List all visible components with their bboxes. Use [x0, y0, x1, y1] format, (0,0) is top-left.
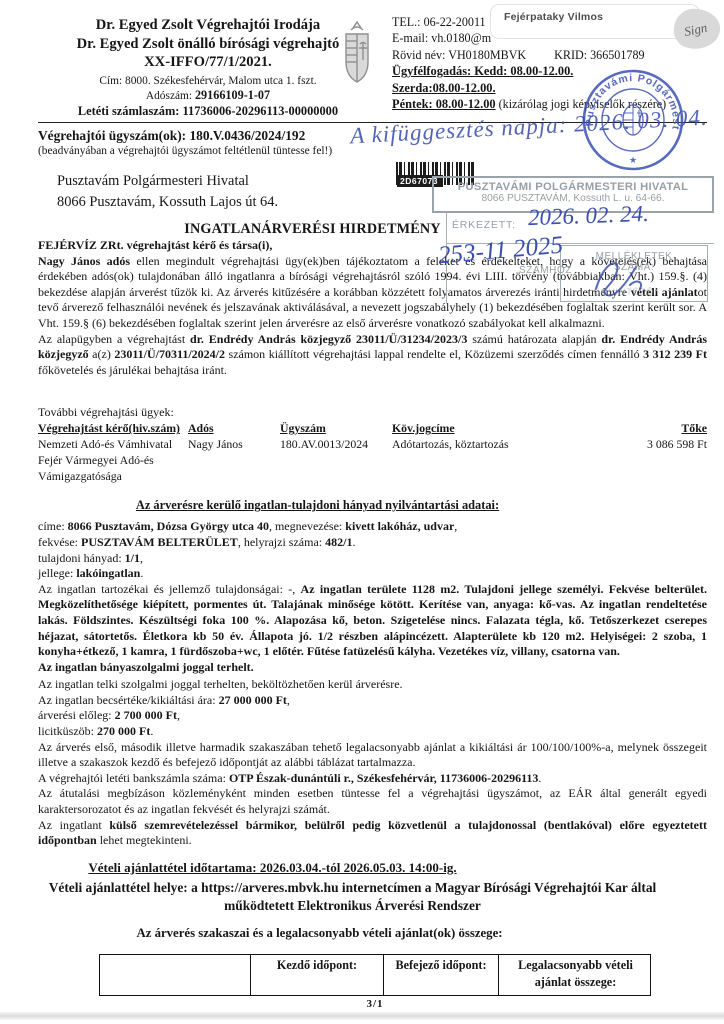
further-cases-intro: További végrehajtási ügyek: [38, 404, 707, 420]
hungarian-coat-of-arms-icon [341, 20, 373, 105]
stages-table: Kezdő időpont: Befejező időpont: Legalac… [99, 954, 651, 996]
tax-label: Adószám: [146, 90, 195, 102]
executor-registry-number: XX-IFFO/77/1/2021. [38, 53, 378, 72]
scan-edge-artifact [0, 1012, 724, 1020]
round-stamp-arc-text: Pusztavámi Polgármesteri Hivatal [581, 68, 682, 131]
auction-stages-section: Az árverés szakaszai és a legalacsonyabb… [0, 918, 724, 1024]
stages-col-start: Kezdő időpont: [250, 955, 383, 995]
minimum-offer-line: Az árverés első, második illetve harmadi… [38, 740, 707, 771]
property-attributes-runs: Az ingatlan tartozékai és jellemző tulaj… [38, 582, 707, 658]
property-data-heading: Az árverésre kerülő ingatlan-tulajdoni h… [38, 496, 707, 514]
tax-value: 29166109-1-07 [195, 88, 270, 102]
property-location-line: fekvése: PUSZTAVÁM BELTERÜLET, helyrajzi… [38, 535, 707, 551]
auction-terms-block: Az ingatlan telki szolgalmi joggal terhe… [38, 677, 707, 817]
stages-col-min-offer: Legalacsonyabb vételi ajánlat összege: [498, 955, 652, 995]
cell-creditor: Nemzeti Adó-és Vámhivatal Fejér Vármegye… [38, 436, 188, 484]
property-attributes-paragraph: Az ingatlan tartozékai és jellemző tulaj… [38, 582, 707, 676]
cell-principal: 3 086 598 Ft [542, 436, 707, 484]
received-stamp-office-name: PUSZTAVÁMI POLGÁRMESTERI HIVATAL [434, 181, 712, 193]
creditor-line: FEJÉRVÍZ ZRt. végrehajtást kérő és társa… [38, 238, 272, 252]
executor-tax-number: Adószám: 29166109-1-07 [38, 88, 378, 104]
paragraph-base-case: Az alapügyben a végrehajtást dr. Endrédy… [38, 332, 707, 379]
executor-address: Cím: 8000. Székesfehérvár, Malom utca 1.… [38, 74, 378, 89]
property-data-block: címe: 8066 Pusztavám, Dózsa György utca … [38, 519, 707, 581]
executor-office-name: Dr. Egyed Zsolt Végrehajtói Irodája [38, 16, 378, 35]
bid-step-line: licitküszöb: 270 000 Ft. [38, 724, 707, 740]
signer-name: Fejérpataky Vilmos [491, 5, 699, 23]
svg-text:Pusztavámi Polgármesteri Hivat: Pusztavámi Polgármesteri Hivatal [581, 68, 682, 131]
offer-place-heading: Vételi ajánlattétel helye: a https://arv… [38, 879, 707, 916]
appraised-value-line: Az ingatlan becsértéke/kikiáltási ára: 2… [38, 693, 707, 709]
further-cases-section: További végrehajtási ügyek: Végrehajtást… [38, 404, 707, 484]
contact-short-name: Rövid név: VH0180MBVK [392, 47, 526, 63]
stages-col-end: Befejező időpont: [383, 955, 498, 995]
deposit-line: árverési előleg: 2 700 000 Ft, [38, 708, 707, 724]
office-hours-friday: Péntek: 08.00-12.00 [392, 97, 496, 111]
received-label: ÉRKEZETT: [452, 219, 516, 231]
bank-account-line: A végrehajtói letéti bankszámla száma: O… [38, 771, 707, 787]
signature-stamp-label: Sign [683, 17, 722, 40]
executor-title: Dr. Egyed Zsolt önálló bírósági végrehaj… [38, 35, 378, 54]
cell-claim-title: Adótartozás, köztartozás [392, 436, 542, 484]
digital-signature-name-chip: Fejérpataky Vilmos [490, 4, 700, 39]
round-stamp-star: ★ [629, 155, 637, 165]
property-type-line: jellege: lakóingatlan. [38, 566, 707, 582]
stages-heading: Az árverés szakaszai és a legalacsonyabb… [0, 926, 724, 941]
executor-deposit-account: Letéti számlaszám: 11736006-20296113-000… [38, 104, 378, 120]
document-body: FEJÉRVÍZ ZRt. végrehajtást kérő és társa… [38, 238, 707, 916]
viewing-paragraph: Az ingatlant külső szemrevételezéssel bá… [38, 818, 707, 849]
contact-krid: KRID: 366501789 [554, 47, 644, 63]
handwritten-initials-scribble [590, 255, 652, 308]
scanned-auction-notice-page: Dr. Egyed Zsolt Végrehajtói Irodája Dr. … [0, 0, 724, 1024]
cell-debtor: Nagy János [188, 436, 280, 484]
property-share-line: tulajdoni hányad: 1/1, [38, 551, 707, 567]
easement-line: Az ingatlan telki szolgalmi joggal terhe… [38, 677, 707, 693]
col-header-principal: Tőke [542, 420, 707, 436]
property-address-line: címe: 8066 Pusztavám, Dózsa György utca … [38, 519, 707, 535]
col-header-claim-title: Köv.jogcíme [392, 420, 542, 436]
cell-case-number: 180.AV.0013/2024 [280, 436, 392, 484]
stages-col-empty [100, 955, 250, 995]
received-stamp-office-address: 8066 PUSZTAVÁM, Kossuth L. u. 64-66. [434, 193, 712, 204]
mining-easement-line: Az ingatlan bányaszolgalmi joggal terhel… [38, 660, 254, 674]
transfer-note-line: Az átutalási megbízáson közleményként mi… [38, 786, 707, 817]
offer-period-heading: Vételi ajánlattétel időtartama: 2026.03.… [38, 859, 707, 877]
col-header-debtor: Adós [188, 420, 280, 436]
col-header-creditor: Végrehajtást kérő(hiv.szám) [38, 420, 188, 436]
contact-ids: Rövid név: VH0180MBVK KRID: 366501789 [392, 47, 708, 63]
municipality-round-stamp-icon: Pusztavámi Polgármesteri Hivatal ★ [581, 68, 685, 177]
handwritten-received-date: 2026. 02. 24. [528, 201, 650, 231]
col-header-case-number: Ügyszám [280, 420, 392, 436]
page-number: 3/1 [99, 998, 651, 1010]
executor-office-block: Dr. Egyed Zsolt Végrehajtói Irodája Dr. … [38, 16, 378, 119]
further-cases-table: Végrehajtást kérő(hiv.szám) Adós Ügyszám… [38, 420, 707, 484]
